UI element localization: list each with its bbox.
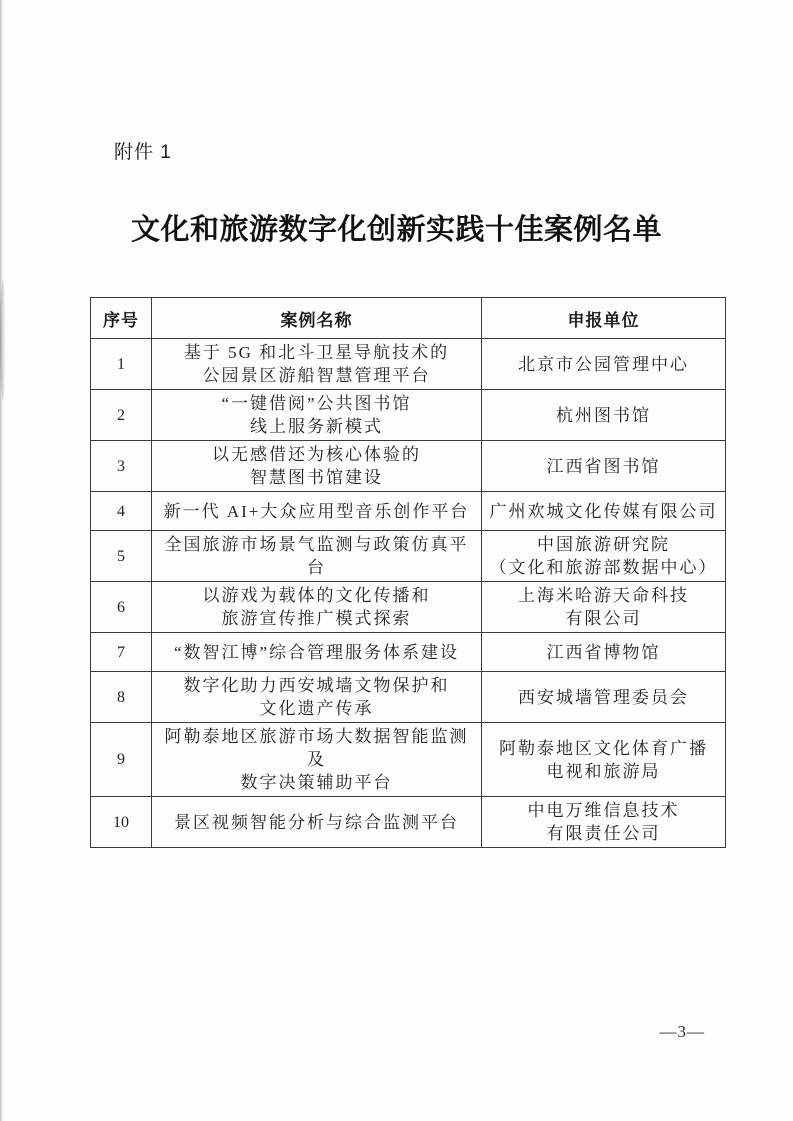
case-name-cell: 景区视频智能分析与综合监测平台 (152, 797, 482, 848)
reporting-unit-cell: 西安城墙管理委员会 (482, 672, 726, 723)
table-row: 2“一键借阅”公共图书馆 线上服务新模式杭州图书馆 (91, 390, 726, 441)
reporting-unit-cell: 中国旅游研究院 （文化和旅游部数据中心） (482, 531, 726, 582)
serial-number-cell: 5 (91, 531, 152, 582)
serial-number-cell: 1 (91, 339, 152, 390)
reporting-unit-cell: 北京市公园管理中心 (482, 339, 726, 390)
table-row: 10景区视频智能分析与综合监测平台中电万维信息技术 有限责任公司 (91, 797, 726, 848)
serial-number-cell: 2 (91, 390, 152, 441)
scan-edge-artifact (0, 0, 4, 1121)
case-name-cell: 新一代 AI+大众应用型音乐创作平台 (152, 492, 482, 531)
table-row: 3以无感借还为核心体验的 智慧图书馆建设江西省图书馆 (91, 441, 726, 492)
header-case-name: 案例名称 (152, 298, 482, 339)
table-row: 6以游戏为载体的文化传播和 旅游宣传推广模式探索上海米哈游天命科技 有限公司 (91, 582, 726, 633)
reporting-unit-cell: 江西省图书馆 (482, 441, 726, 492)
serial-number-cell: 8 (91, 672, 152, 723)
header-reporting-unit: 申报单位 (482, 298, 726, 339)
scan-smudge-artifact (0, 280, 6, 400)
case-name-cell: 全国旅游市场景气监测与政策仿真平台 (152, 531, 482, 582)
case-name-cell: 数字化助力西安城墙文物保护和 文化遗产传承 (152, 672, 482, 723)
reporting-unit-cell: 阿勒泰地区文化体育广播 电视和旅游局 (482, 723, 726, 797)
attachment-label: 附件 1 (114, 137, 172, 164)
case-name-cell: 以无感借还为核心体验的 智慧图书馆建设 (152, 441, 482, 492)
reporting-unit-cell: 江西省博物馆 (482, 633, 726, 672)
table-row: 9阿勒泰地区旅游市场大数据智能监测及 数字决策辅助平台阿勒泰地区文化体育广播 电… (91, 723, 726, 797)
page-title: 文化和旅游数字化创新实践十佳案例名单 (0, 207, 793, 248)
reporting-unit-cell: 广州欢城文化传媒有限公司 (482, 492, 726, 531)
serial-number-cell: 6 (91, 582, 152, 633)
reporting-unit-cell: 上海米哈游天命科技 有限公司 (482, 582, 726, 633)
table-header-row: 序号 案例名称 申报单位 (91, 298, 726, 339)
case-name-cell: 基于 5G 和北斗卫星导航技术的 公园景区游船智慧管理平台 (152, 339, 482, 390)
serial-number-cell: 4 (91, 492, 152, 531)
case-name-cell: 阿勒泰地区旅游市场大数据智能监测及 数字决策辅助平台 (152, 723, 482, 797)
table-row: 4新一代 AI+大众应用型音乐创作平台广州欢城文化传媒有限公司 (91, 492, 726, 531)
table-row: 1基于 5G 和北斗卫星导航技术的 公园景区游船智慧管理平台北京市公园管理中心 (91, 339, 726, 390)
document-page: 附件 1 文化和旅游数字化创新实践十佳案例名单 序号 案例名称 申报单位 1基于… (0, 0, 793, 1121)
serial-number-cell: 3 (91, 441, 152, 492)
cases-table: 序号 案例名称 申报单位 1基于 5G 和北斗卫星导航技术的 公园景区游船智慧管… (90, 297, 726, 848)
reporting-unit-cell: 杭州图书馆 (482, 390, 726, 441)
serial-number-cell: 7 (91, 633, 152, 672)
case-name-cell: 以游戏为载体的文化传播和 旅游宣传推广模式探索 (152, 582, 482, 633)
table-row: 7“数智江博”综合管理服务体系建设江西省博物馆 (91, 633, 726, 672)
header-serial-number: 序号 (91, 298, 152, 339)
serial-number-cell: 9 (91, 723, 152, 797)
serial-number-cell: 10 (91, 797, 152, 848)
table-row: 8数字化助力西安城墙文物保护和 文化遗产传承西安城墙管理委员会 (91, 672, 726, 723)
table-row: 5全国旅游市场景气监测与政策仿真平台中国旅游研究院 （文化和旅游部数据中心） (91, 531, 726, 582)
case-name-cell: “一键借阅”公共图书馆 线上服务新模式 (152, 390, 482, 441)
case-name-cell: “数智江博”综合管理服务体系建设 (152, 633, 482, 672)
reporting-unit-cell: 中电万维信息技术 有限责任公司 (482, 797, 726, 848)
page-number: —3— (660, 1022, 706, 1042)
